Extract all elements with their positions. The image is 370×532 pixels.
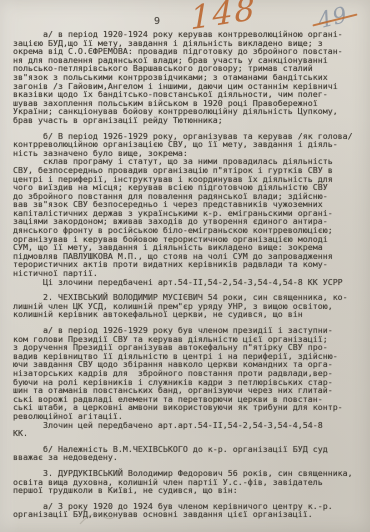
document-line: вважає за недоведену. bbox=[13, 453, 368, 462]
paragraph: а/ З року 1920 до 1924 був членом керівн… bbox=[13, 502, 368, 519]
document-line: колишній керівник автокефальної церкви, … bbox=[13, 310, 368, 319]
document-line: КК. bbox=[13, 429, 368, 438]
document-line: брав участь в організації рейду Тютюнник… bbox=[13, 116, 368, 125]
document-line: Ці злочини передбачені арт.54-II,54-2,54… bbox=[13, 278, 368, 287]
paragraph: а/ в період 1920-1924 року керував контр… bbox=[13, 30, 368, 125]
paragraph: б/ Належність В.М.ЧЕХІВСЬКОГО до к-р. ор… bbox=[13, 445, 368, 462]
document-line: першої трудшколи в Київі, не судився, що… bbox=[13, 486, 368, 495]
paragraph: б/ В період 1926-1929 року, організував … bbox=[13, 132, 368, 287]
document-line: організації БУД,виконував основні завдан… bbox=[13, 510, 368, 519]
scanned-document-page: 9 148 49 а/ в період 1920-1924 року керу… bbox=[0, 0, 370, 532]
typed-page-number: 9 bbox=[154, 16, 160, 27]
paragraph: а/ в період 1926-1929 року був членом пр… bbox=[13, 326, 368, 438]
document-body: а/ в період 1920-1924 року керував контр… bbox=[13, 30, 368, 526]
paragraph: 2. ЧЕХІВСЬКИЙ ВОЛОДИМИР МУСІЄВИЧ 54 роки… bbox=[13, 293, 368, 319]
faint-pencil-mark bbox=[78, 508, 118, 528]
paragraph: 3. ДУРДУКІВСЬКИЙ Володимир Федорович 56 … bbox=[13, 469, 368, 495]
document-line: Злочин цей передбачено арт.арт.54-II,54-… bbox=[13, 421, 368, 430]
